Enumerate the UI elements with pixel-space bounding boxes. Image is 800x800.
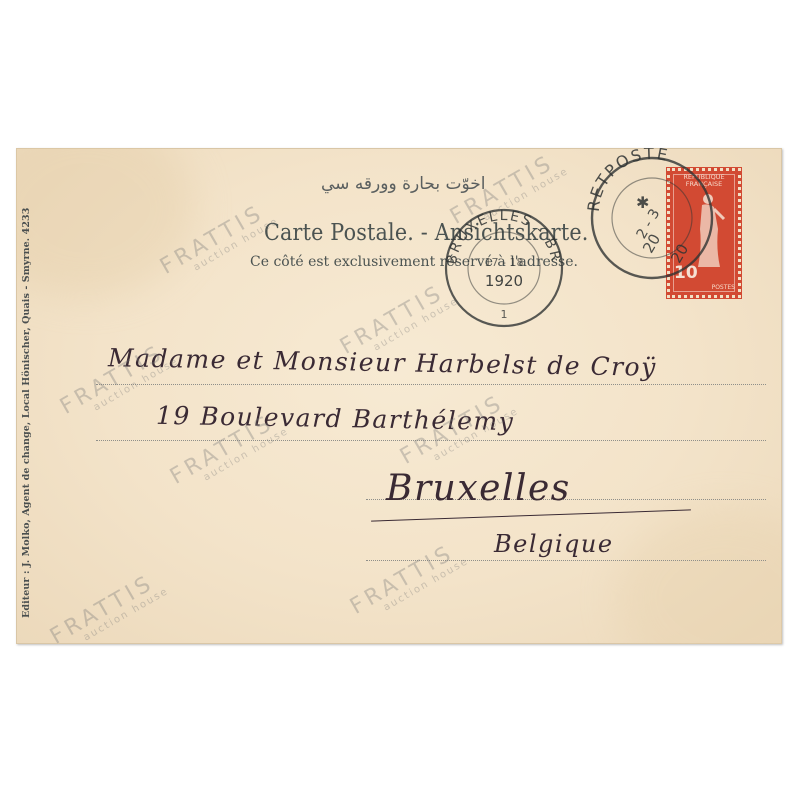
watermark: FRATTISauction house bbox=[346, 536, 471, 628]
address-line-1 bbox=[96, 384, 766, 385]
handwritten-recipient: Madame et Monsieur Harbelst de Croÿ bbox=[108, 343, 657, 382]
city-underline bbox=[371, 509, 691, 521]
french-postmark-ring: RETPOSTE bbox=[584, 148, 671, 213]
publisher-imprint: Editeur : J. Molko, Agent de change, Loc… bbox=[21, 158, 32, 618]
postcard: اخوّت بحارة وورقه سي Carte Postale. - An… bbox=[16, 148, 782, 644]
handwritten-street: 19 Boulevard Barthélemy bbox=[156, 401, 515, 436]
address-line-2 bbox=[96, 440, 766, 441]
address-line-4 bbox=[366, 560, 766, 561]
brussels-postmark-time: 17 - 18 bbox=[485, 256, 524, 269]
french-postmark: RETPOSTE ✱ 2 - 3 20 20 bbox=[576, 148, 726, 292]
brussels-postmark-bottom: 1 bbox=[501, 308, 508, 321]
handwritten-city: Bruxelles bbox=[386, 468, 571, 509]
handwritten-country: Belgique bbox=[494, 530, 614, 558]
brussels-postmark-year: 1920 bbox=[485, 272, 523, 290]
watermark: FRATTISauction house bbox=[46, 566, 171, 644]
arabic-header: اخوّت بحارة وورقه سي bbox=[321, 174, 486, 194]
svg-text:RETPOSTE: RETPOSTE bbox=[584, 148, 671, 213]
french-postmark-year: 20 bbox=[667, 241, 692, 267]
brussels-postmark: BRUXELLES - BRUSSEL 17 - 18 1920 1 bbox=[434, 196, 574, 336]
